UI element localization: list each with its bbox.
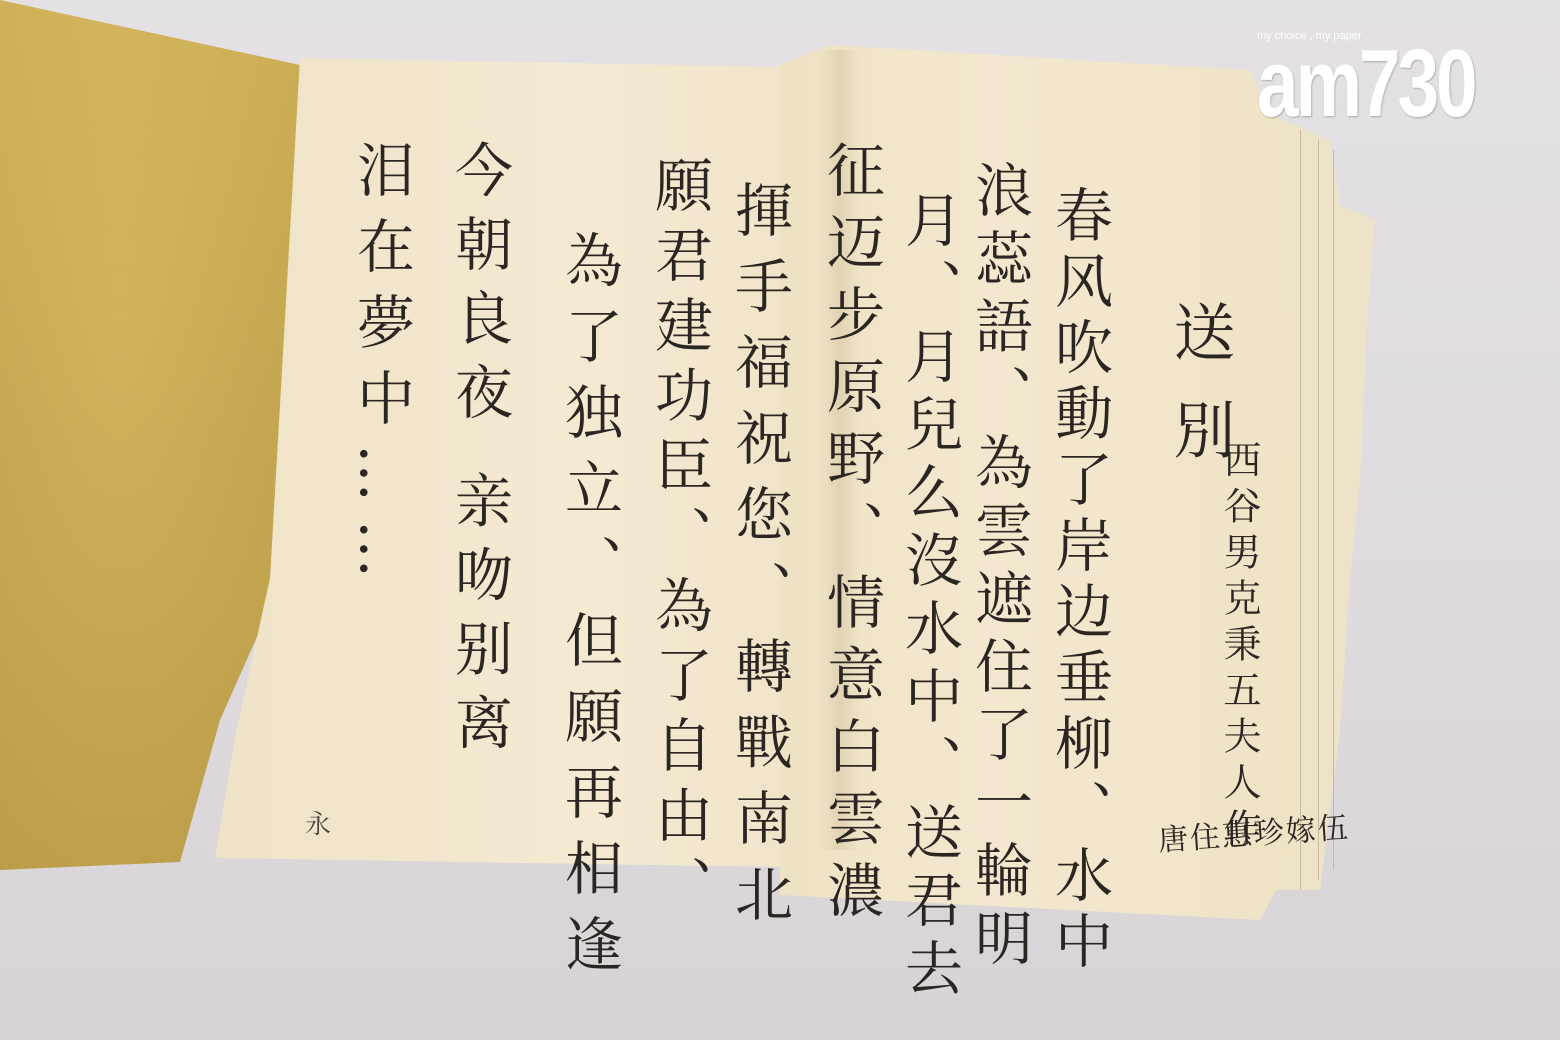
poem-column-1: 春风吹動了岸边垂柳、水中 xyxy=(1050,185,1108,977)
poem-column-7: 為了独立、但願再相逢 xyxy=(560,230,618,990)
poem-column-9: 泪在夢中…… xyxy=(352,140,410,596)
logo-brand: am730 xyxy=(1257,36,1475,132)
am730-logo: my choice , my paper am730 xyxy=(1257,22,1497,142)
page-edge-line xyxy=(1333,150,1334,870)
poem-column-6: 願君建功臣、為了自由、 xyxy=(650,155,708,925)
page-edge-line xyxy=(1300,130,1301,890)
poem-column-8: 今朝良夜 亲吻别离 xyxy=(450,140,508,766)
page-edge-line xyxy=(1318,140,1319,880)
poem-column-5: 揮手福祝您、轉戰南北 xyxy=(730,180,788,940)
poem-author: 西谷男克秉五夫人作 xyxy=(1220,440,1258,854)
corner-mark: 永 xyxy=(305,812,339,838)
poem-column-2: 浪蕊語、為雲遮住了一輪明 xyxy=(970,160,1028,976)
poem-column-4: 征迈步原野、情意白雲濃 xyxy=(822,140,880,932)
poem-column-3: 月、月兒么沒水中、送君去 xyxy=(900,190,958,1006)
